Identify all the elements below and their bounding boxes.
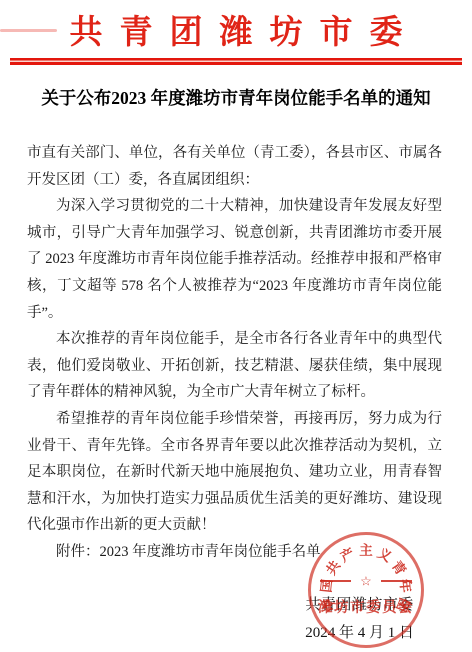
letterhead-org-title: 共青团潍坊市委 (0, 0, 472, 55)
seal-arc-char: 青 (388, 556, 412, 578)
seal-committee-name: 潍坊市委员会 (311, 596, 421, 617)
seal-dash-left (320, 580, 351, 582)
salutation-paragraph: 市直有关部门、单位，各有关单位（青工委），各县市区、市属各开发区团（工）委，各直… (27, 140, 442, 193)
official-red-seal: 中 国 共 产 主 义 青 年 团 ☆ 潍坊市委员会 (308, 532, 424, 648)
red-separator-rule (10, 58, 462, 65)
seal-arc-char: 共 (320, 556, 344, 578)
body-paragraph: 希望推荐的青年岗位能手珍惜荣誉，再接再厉，努力成为行业骨干、青年先锋。全市各界青… (27, 406, 442, 539)
document-page: 共青团潍坊市委 关于公布2023 年度潍坊市青年岗位能手名单的通知 市直有关部门… (0, 0, 472, 652)
scan-artifact-line (0, 29, 57, 32)
document-body: 市直有关部门、单位，各有关单位（青工委），各县市区、市属各开发区团（工）委，各直… (27, 140, 442, 566)
document-title: 关于公布2023 年度潍坊市青年岗位能手名单的通知 (6, 86, 466, 111)
seal-star-icon: ☆ (360, 575, 372, 588)
body-paragraph: 为深入学习贯彻党的二十大精神，加快建设青年发展友好型城市，引导广大青年加强学习、… (27, 193, 442, 326)
seal-dash-right (381, 580, 412, 582)
body-paragraph: 本次推荐的青年岗位能手，是全市各行各业青年中的典型代表，他们爱岗敬业、开拓创新，… (27, 326, 442, 406)
seal-arc-char: 主 (359, 539, 373, 559)
seal-arc-char: 产 (336, 542, 357, 566)
